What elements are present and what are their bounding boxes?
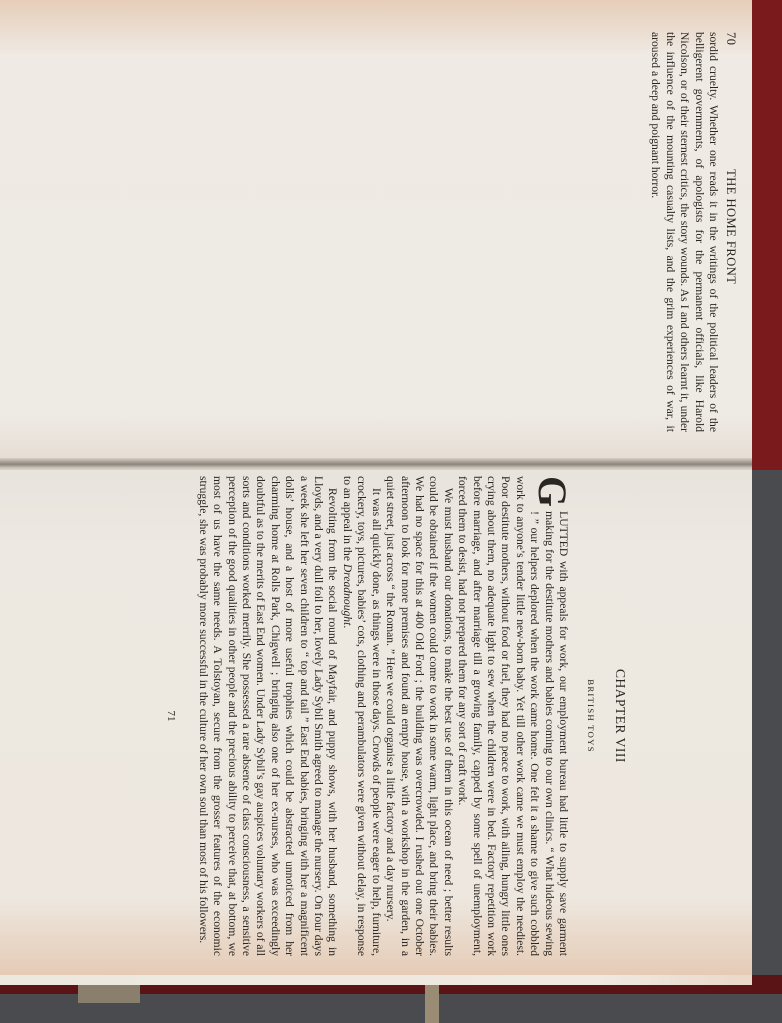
paragraph: We must husband our donations, to make t… [383, 476, 455, 956]
paragraph-text: It was all quickly done, as things were … [341, 476, 383, 956]
paragraph: GLUTTED with appeals for work, our emplo… [455, 476, 570, 956]
italic-reference: Dreadnought [341, 564, 354, 625]
left-page-paper [0, 0, 752, 462]
right-page: CHAPTER VIII BRITISH TOYS GLUTTED with a… [165, 476, 668, 956]
paragraph: sordid cruelty. Whether one reads it in … [648, 32, 720, 432]
page-number: 71 [165, 476, 177, 956]
page-number: 70 [720, 32, 742, 46]
drop-cap: G [536, 476, 568, 507]
chapter-title: BRITISH TOYS [586, 476, 596, 956]
running-header: 70 THE HOME FRONT [720, 32, 742, 432]
paragraph: Revolting from the social round of Mayfa… [195, 476, 339, 956]
running-head-title: THE HOME FRONT [720, 46, 742, 433]
paragraph: It was all quickly done, as things were … [340, 476, 383, 956]
left-page: 70 THE HOME FRONT sordid cruelty. Whethe… [648, 32, 742, 432]
paragraph-text: LUTTED with appeals for work, our employ… [456, 476, 570, 956]
chapter-heading: CHAPTER VIII [612, 476, 628, 956]
